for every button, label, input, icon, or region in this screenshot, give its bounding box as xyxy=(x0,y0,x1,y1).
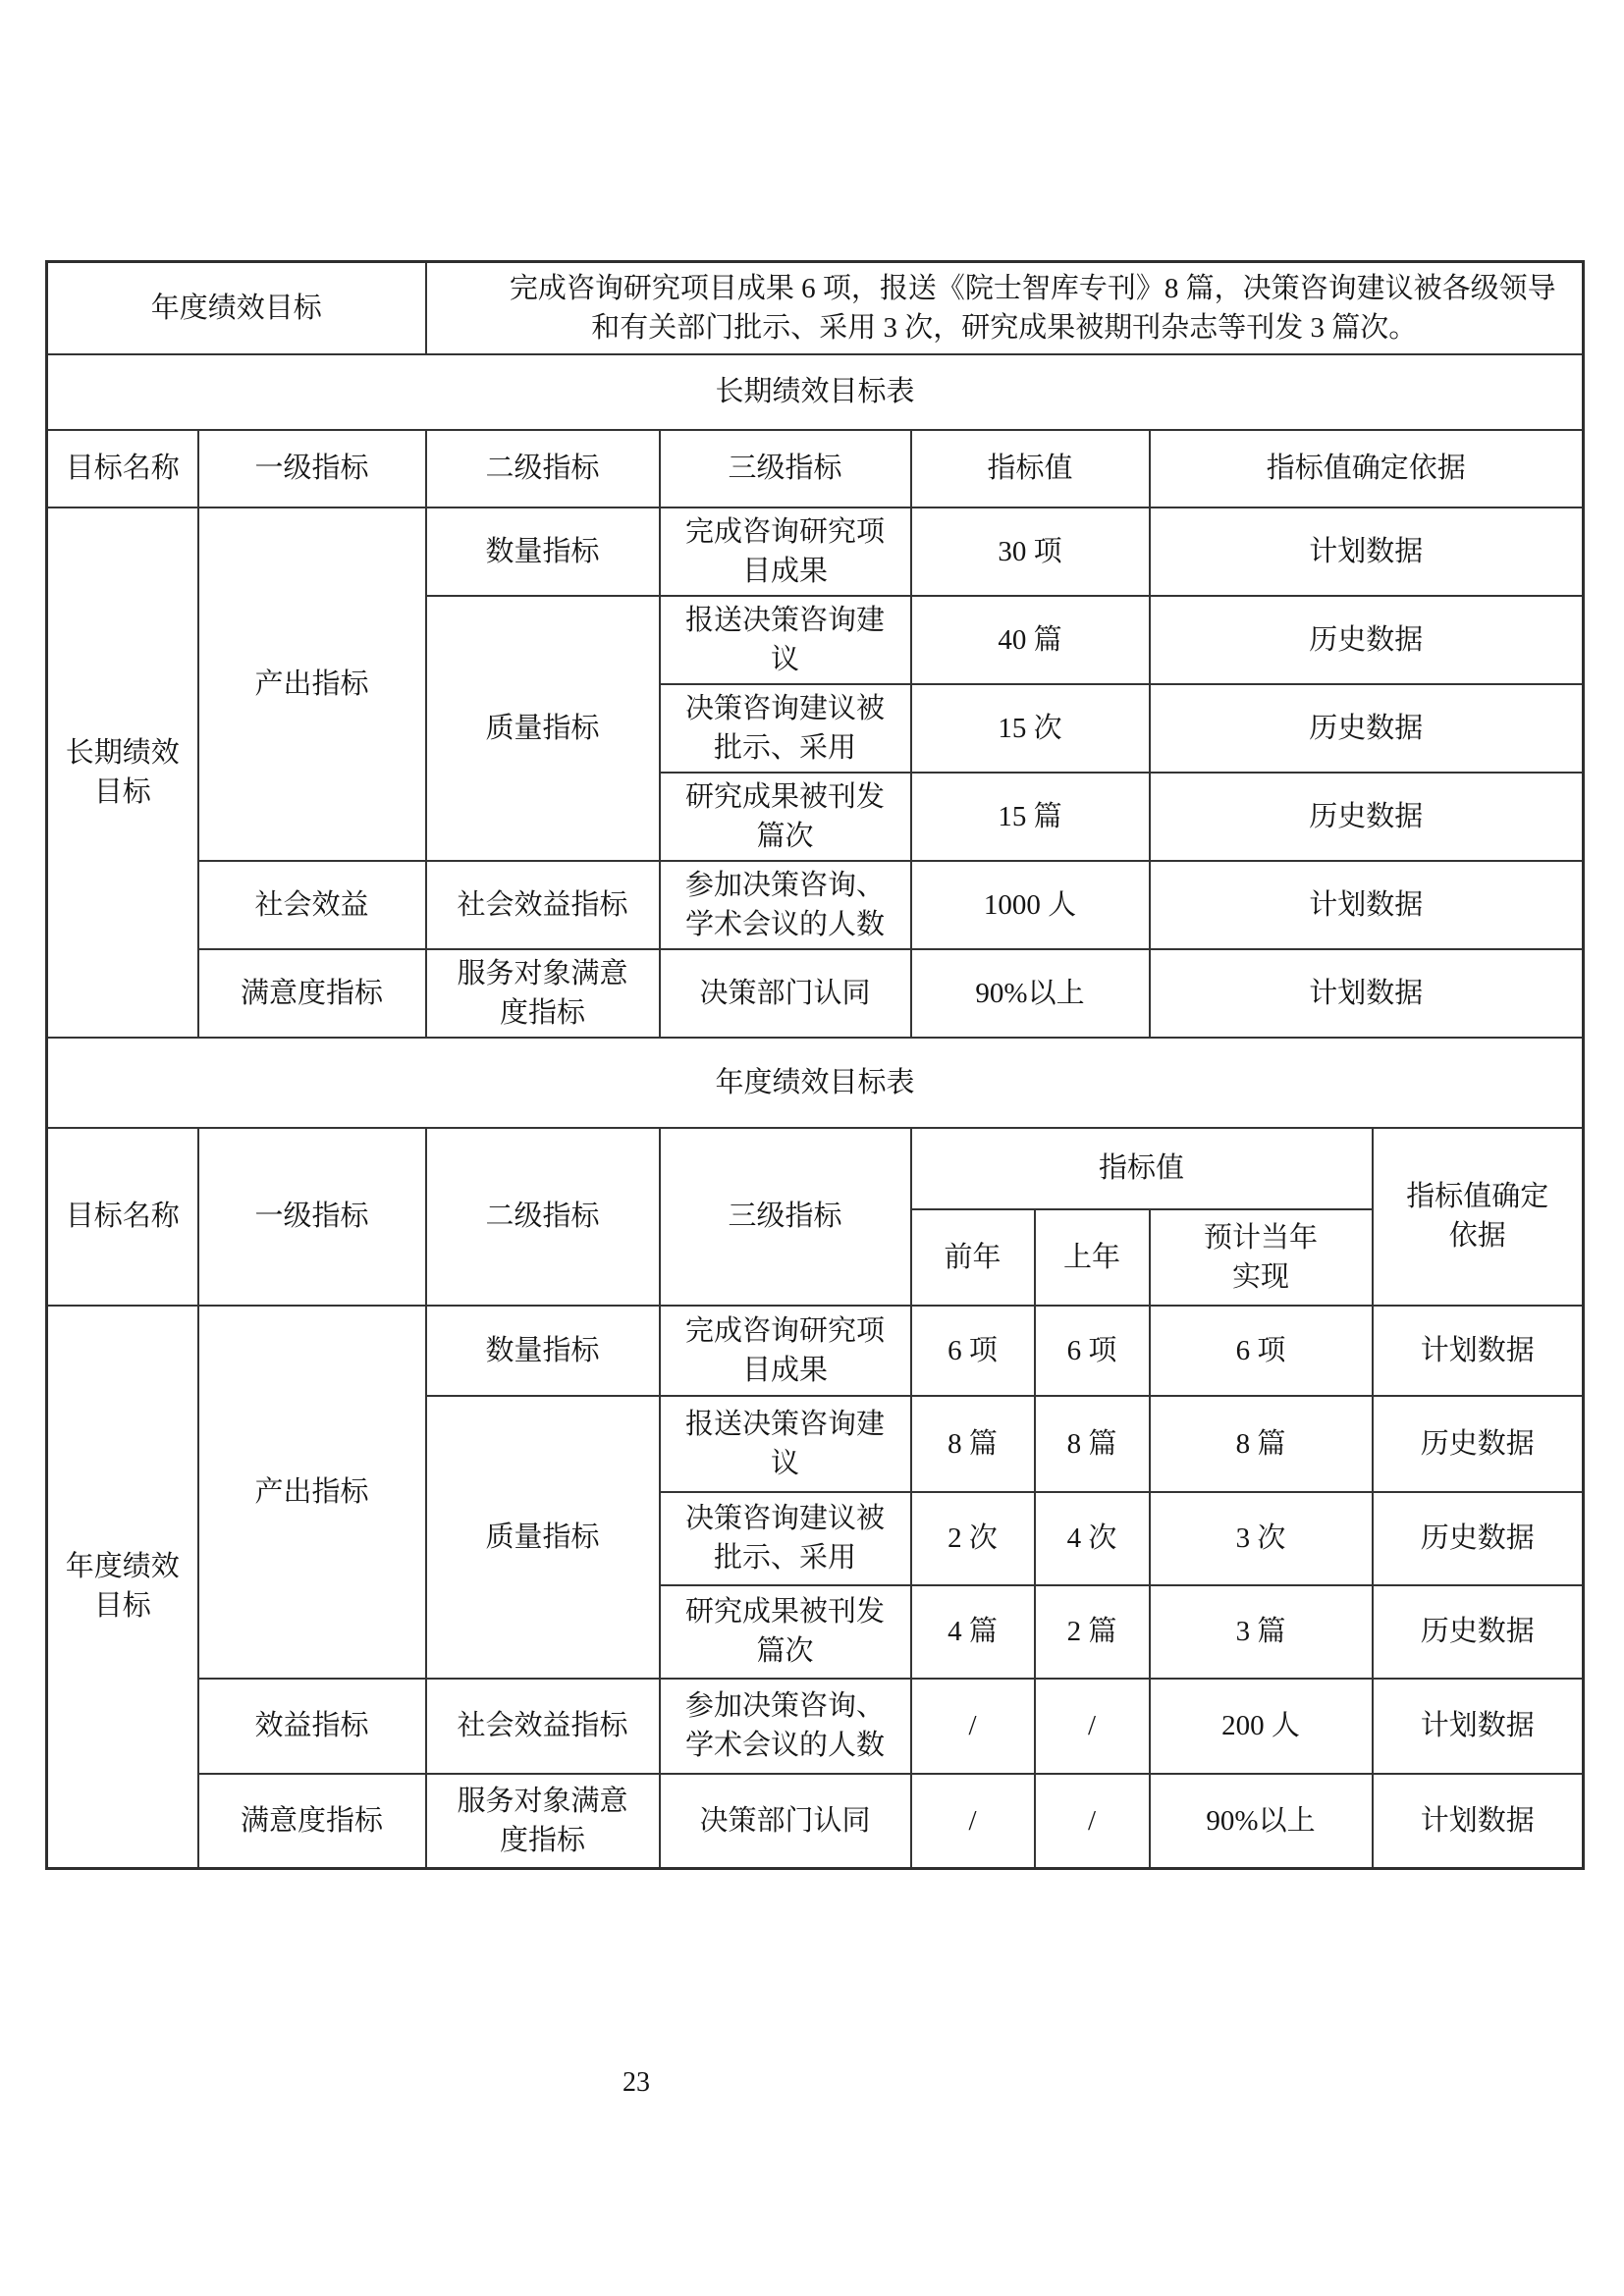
annual-title-row: 年度绩效目标表 xyxy=(47,1038,1584,1128)
cell-current: 90%以上 xyxy=(1150,1774,1373,1869)
cell-level3: 决策部门认同 xyxy=(660,949,911,1038)
cell-value: 40 篇 xyxy=(911,596,1150,684)
cell-prev: 4 次 xyxy=(1035,1492,1150,1585)
cell-level3: 报送决策咨询建 议 xyxy=(660,1396,911,1492)
cell-value: 30 项 xyxy=(911,507,1150,596)
cell-level3: 报送决策咨询建 议 xyxy=(660,596,911,684)
header-level3: 三级指标 xyxy=(660,1128,911,1306)
table-row: 长期绩效 目标 产出指标 数量指标 完成咨询研究项 目成果 30 项 计划数据 xyxy=(47,507,1584,596)
cell-prev: / xyxy=(1035,1679,1150,1774)
header-prev-year: 上年 xyxy=(1035,1209,1150,1306)
page-number: 23 xyxy=(601,2067,672,2099)
cell-basis: 历史数据 xyxy=(1373,1396,1584,1492)
cell-prev: 6 项 xyxy=(1035,1306,1150,1396)
header-level2: 二级指标 xyxy=(426,1128,660,1306)
cell-basis: 历史数据 xyxy=(1150,596,1584,684)
header-goal-name: 目标名称 xyxy=(47,430,198,507)
cell-level1: 满意度指标 xyxy=(198,1774,426,1869)
cell-level2: 数量指标 xyxy=(426,1306,660,1396)
cell-basis: 历史数据 xyxy=(1373,1492,1584,1585)
cell-value: 15 篇 xyxy=(911,773,1150,861)
cell-prev-prev: 6 项 xyxy=(911,1306,1035,1396)
annual-header-row: 目标名称 一级指标 二级指标 三级指标 指标值 指标值确定 依据 xyxy=(47,1128,1584,1209)
table-row: 年度绩效 目标 产出指标 数量指标 完成咨询研究项 目成果 6 项 6 项 6 … xyxy=(47,1306,1584,1396)
cell-prev-prev: / xyxy=(911,1679,1035,1774)
cell-level1: 产出指标 xyxy=(198,1306,426,1679)
long-term-table-title: 长期绩效目标表 xyxy=(47,354,1584,430)
cell-level3: 参加决策咨询、 学术会议的人数 xyxy=(660,861,911,949)
cell-level1: 效益指标 xyxy=(198,1679,426,1774)
cell-basis: 计划数据 xyxy=(1150,949,1584,1038)
cell-basis: 计划数据 xyxy=(1373,1306,1584,1396)
cell-basis: 历史数据 xyxy=(1150,684,1584,773)
cell-level3: 决策部门认同 xyxy=(660,1774,911,1869)
header-current-year: 预计当年 实现 xyxy=(1150,1209,1373,1306)
annual-goal-label: 年度绩效目标 xyxy=(47,262,426,354)
cell-level2: 社会效益指标 xyxy=(426,1679,660,1774)
cell-level2: 社会效益指标 xyxy=(426,861,660,949)
cell-prev: / xyxy=(1035,1774,1150,1869)
header-value: 指标值 xyxy=(911,430,1150,507)
cell-basis: 历史数据 xyxy=(1373,1585,1584,1679)
table-row: 社会效益 社会效益指标 参加决策咨询、 学术会议的人数 1000 人 计划数据 xyxy=(47,861,1584,949)
table-row: 满意度指标 服务对象满意 度指标 决策部门认同 90%以上 计划数据 xyxy=(47,949,1584,1038)
cell-prev-prev: 4 篇 xyxy=(911,1585,1035,1679)
header-level1: 一级指标 xyxy=(198,1128,426,1306)
annual-table-title: 年度绩效目标表 xyxy=(47,1038,1584,1128)
document-page: 年度绩效目标 完成咨询研究项目成果 6 项，报送《院士智库专刊》8 篇，决策咨询… xyxy=(0,0,1624,2296)
cell-basis: 历史数据 xyxy=(1150,773,1584,861)
cell-level3: 研究成果被刊发 篇次 xyxy=(660,773,911,861)
cell-level1: 社会效益 xyxy=(198,861,426,949)
header-basis: 指标值确定 依据 xyxy=(1373,1128,1584,1306)
cell-goal-name: 年度绩效 目标 xyxy=(47,1306,198,1869)
cell-current: 6 项 xyxy=(1150,1306,1373,1396)
cell-level3: 研究成果被刊发 篇次 xyxy=(660,1585,911,1679)
header-prev-prev-year: 前年 xyxy=(911,1209,1035,1306)
header-value-group: 指标值 xyxy=(911,1128,1373,1209)
cell-level3: 决策咨询建议被 批示、采用 xyxy=(660,684,911,773)
header-level3: 三级指标 xyxy=(660,430,911,507)
cell-current: 3 篇 xyxy=(1150,1585,1373,1679)
cell-basis: 计划数据 xyxy=(1373,1774,1584,1869)
cell-level2: 质量指标 xyxy=(426,1396,660,1679)
cell-current: 3 次 xyxy=(1150,1492,1373,1585)
annual-goal-row: 年度绩效目标 完成咨询研究项目成果 6 项，报送《院士智库专刊》8 篇，决策咨询… xyxy=(47,262,1584,354)
header-level2: 二级指标 xyxy=(426,430,660,507)
annual-goal-text: 完成咨询研究项目成果 6 项，报送《院士智库专刊》8 篇，决策咨询建议被各级领导… xyxy=(426,262,1584,354)
cell-prev-prev: / xyxy=(911,1774,1035,1869)
table-row: 效益指标 社会效益指标 参加决策咨询、 学术会议的人数 / / 200 人 计划… xyxy=(47,1679,1584,1774)
cell-current: 8 篇 xyxy=(1150,1396,1373,1492)
cell-basis: 计划数据 xyxy=(1150,507,1584,596)
cell-level1: 满意度指标 xyxy=(198,949,426,1038)
cell-prev-prev: 8 篇 xyxy=(911,1396,1035,1492)
cell-level2: 服务对象满意 度指标 xyxy=(426,949,660,1038)
cell-level2: 质量指标 xyxy=(426,596,660,861)
cell-prev: 8 篇 xyxy=(1035,1396,1150,1492)
header-basis: 指标值确定依据 xyxy=(1150,430,1584,507)
cell-level3: 完成咨询研究项 目成果 xyxy=(660,507,911,596)
cell-level1: 产出指标 xyxy=(198,507,426,861)
cell-current: 200 人 xyxy=(1150,1679,1373,1774)
header-level1: 一级指标 xyxy=(198,430,426,507)
cell-level3: 决策咨询建议被 批示、采用 xyxy=(660,1492,911,1585)
long-term-header-row: 目标名称 一级指标 二级指标 三级指标 指标值 指标值确定依据 xyxy=(47,430,1584,507)
cell-basis: 计划数据 xyxy=(1150,861,1584,949)
cell-basis: 计划数据 xyxy=(1373,1679,1584,1774)
cell-level3: 参加决策咨询、 学术会议的人数 xyxy=(660,1679,911,1774)
cell-value: 15 次 xyxy=(911,684,1150,773)
cell-value: 90%以上 xyxy=(911,949,1150,1038)
table-row: 满意度指标 服务对象满意 度指标 决策部门认同 / / 90%以上 计划数据 xyxy=(47,1774,1584,1869)
cell-level2: 数量指标 xyxy=(426,507,660,596)
cell-level2: 服务对象满意 度指标 xyxy=(426,1774,660,1869)
cell-goal-name: 长期绩效 目标 xyxy=(47,507,198,1038)
performance-target-table: 年度绩效目标 完成咨询研究项目成果 6 项，报送《院士智库专刊》8 篇，决策咨询… xyxy=(45,260,1585,1870)
long-term-title-row: 长期绩效目标表 xyxy=(47,354,1584,430)
cell-prev: 2 篇 xyxy=(1035,1585,1150,1679)
cell-value: 1000 人 xyxy=(911,861,1150,949)
header-goal-name: 目标名称 xyxy=(47,1128,198,1306)
cell-prev-prev: 2 次 xyxy=(911,1492,1035,1585)
cell-level3: 完成咨询研究项 目成果 xyxy=(660,1306,911,1396)
